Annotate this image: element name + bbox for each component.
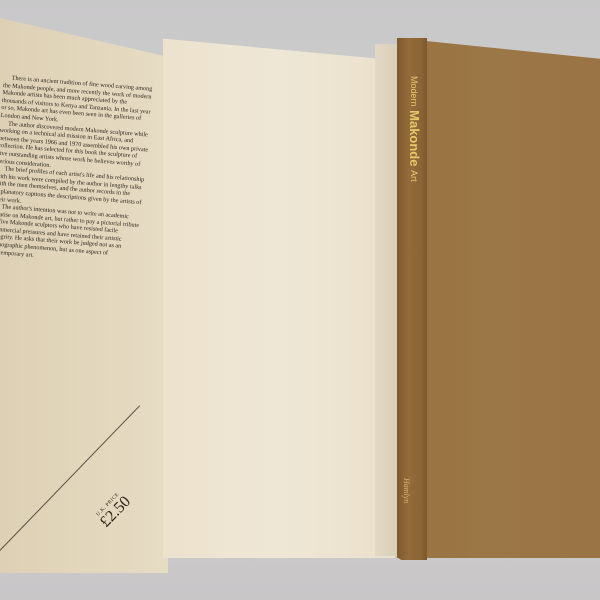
jacket-fold-edge	[375, 44, 397, 556]
spine-publisher: Hamlyn	[402, 478, 411, 503]
spine-title-modern: Modern	[409, 76, 419, 107]
blurb-paragraph: The author's intention was not to write …	[0, 203, 143, 268]
dust-jacket-inner	[163, 28, 395, 558]
book-cover	[397, 38, 600, 558]
spine-title-art: Art	[409, 170, 419, 182]
flap-blurb: There is an ancient tradition of fine wo…	[0, 74, 154, 267]
spine-title: Modern Makonde Art	[398, 76, 422, 306]
spine-title-makonde: Makonde	[407, 110, 422, 166]
